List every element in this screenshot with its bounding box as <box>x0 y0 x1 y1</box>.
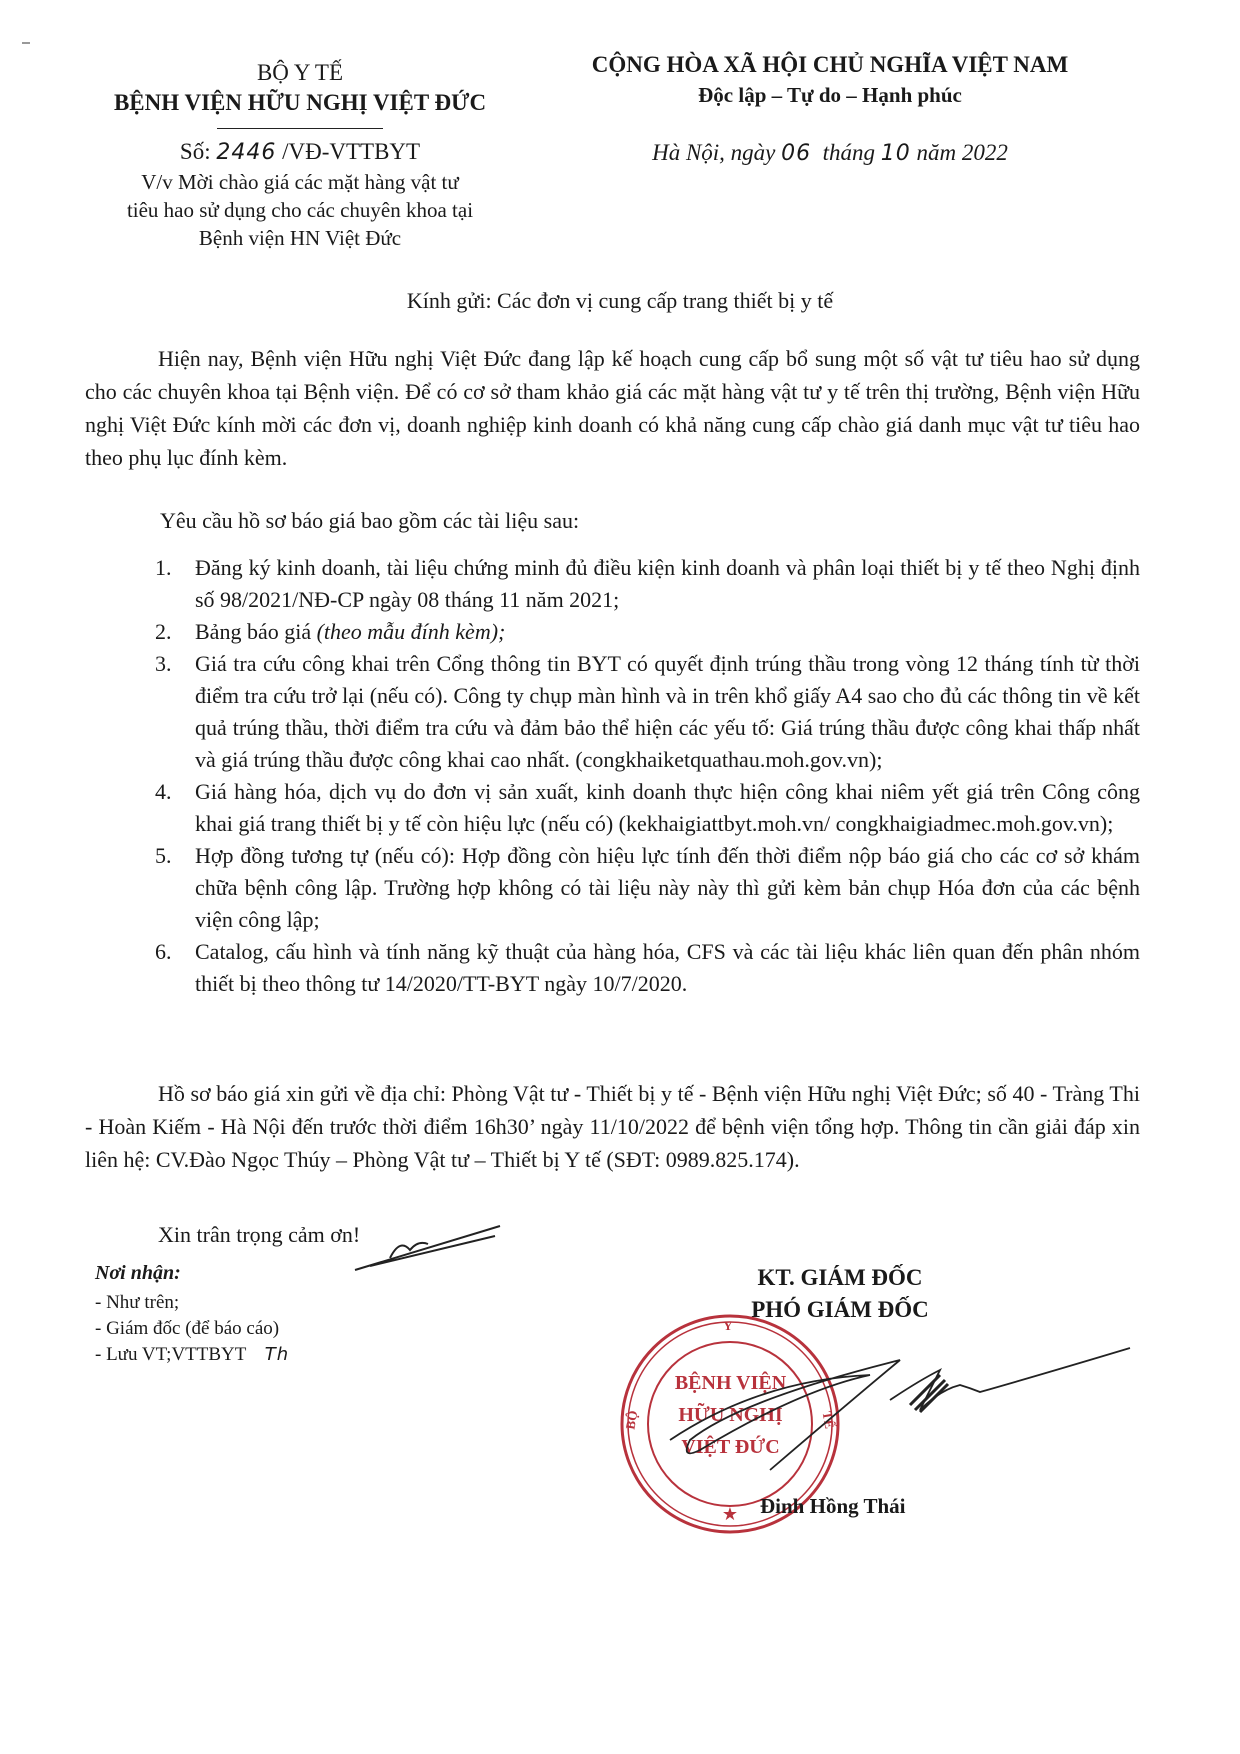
signer-name: Đinh Hồng Thái <box>760 1494 906 1519</box>
subject-line-2: tiêu hao sử dụng cho các chuyên khoa tại <box>60 196 540 224</box>
subject-line-3: Bệnh viện HN Việt Đức <box>60 224 540 252</box>
number-suffix: /VĐ-VTTBYT <box>282 139 420 164</box>
item-number: 2. <box>155 616 172 648</box>
item-number: 4. <box>155 776 172 808</box>
subject-line-1: V/v Mời chào giá các mặt hàng vật tư <box>60 168 540 196</box>
director-signature-icon <box>640 1320 1140 1500</box>
item-text: Bảng báo giá <box>195 619 317 644</box>
requirement-item: 1.Đăng ký kinh doanh, tài liệu chứng min… <box>155 552 1140 616</box>
issuer-block: BỘ Y TẾ BỆNH VIỆN HỮU NGHỊ VIỆT ĐỨC Số: … <box>60 58 540 252</box>
national-motto: Độc lập – Tự do – Hạnh phúc <box>540 80 1120 110</box>
date-day: 06 <box>781 141 811 166</box>
requirement-item: 3.Giá tra cứu công khai trên Cổng thông … <box>155 648 1140 776</box>
clerk-initials: Th <box>265 1344 289 1365</box>
item-number: 5. <box>155 840 172 872</box>
recipients-title: Nơi nhận: <box>95 1262 181 1285</box>
national-header: CỘNG HÒA XÃ HỘI CHỦ NGHĨA VIỆT NAM Độc l… <box>540 50 1120 166</box>
ministry-name: BỘ Y TẾ <box>60 58 540 88</box>
item-text: Catalog, cấu hình và tính năng kỹ thuật … <box>195 939 1140 996</box>
hospital-name: BỆNH VIỆN HỮU NGHỊ VIỆT ĐỨC <box>60 88 540 118</box>
date-place: Hà Nội, ngày <box>652 140 775 165</box>
recipient-item: - Như trên; <box>95 1292 179 1314</box>
country-name: CỘNG HÒA XÃ HỘI CHỦ NGHĨA VIỆT NAM <box>540 50 1120 80</box>
number-label: Số: <box>180 139 211 164</box>
closing-line: Xin trân trọng cảm ơn! <box>158 1222 360 1248</box>
item-number: 3. <box>155 648 172 680</box>
stamp-ring-text: BỘ <box>622 1409 641 1431</box>
item-text: Đăng ký kinh doanh, tài liệu chứng minh … <box>195 555 1140 612</box>
requirements-heading: Yêu cầu hồ sơ báo giá bao gồm các tài li… <box>160 508 579 534</box>
salutation: Kính gửi: Các đơn vị cung cấp trang thiế… <box>0 288 1240 314</box>
item-note: (theo mẫu đính kèm); <box>317 619 506 644</box>
date-year: năm 2022 <box>917 140 1008 165</box>
date-month-label: tháng <box>823 140 875 165</box>
scan-mark <box>22 42 30 44</box>
item-text: Giá hàng hóa, dịch vụ do đơn vị sản xuất… <box>195 779 1140 836</box>
signature-authority: KT. GIÁM ĐỐC <box>690 1262 990 1294</box>
recipient-item: - Giám đốc (để báo cáo) <box>95 1318 279 1340</box>
submission-paragraph: Hồ sơ báo giá xin gửi về địa chỉ: Phòng … <box>85 1077 1140 1176</box>
intro-paragraph: Hiện nay, Bệnh viện Hữu nghị Việt Đức đa… <box>85 342 1140 474</box>
recipient-item: - Lưu VT;VTTBYT Th <box>95 1344 289 1366</box>
date-month: 10 <box>881 141 911 166</box>
item-text: Hợp đồng tương tự (nếu có): Hợp đồng còn… <box>195 843 1140 932</box>
requirements-list: 1.Đăng ký kinh doanh, tài liệu chứng min… <box>155 552 1140 1000</box>
number-handwritten: 2446 <box>216 140 276 165</box>
requirement-item: 5.Hợp đồng tương tự (nếu có): Hợp đồng c… <box>155 840 1140 936</box>
requirement-item: 2.Bảng báo giá (theo mẫu đính kèm); <box>155 616 1140 648</box>
item-number: 1. <box>155 552 172 584</box>
item-text: Giá tra cứu công khai trên Cổng thông ti… <box>195 651 1140 772</box>
requirement-item: 4.Giá hàng hóa, dịch vụ do đơn vị sản xu… <box>155 776 1140 840</box>
document-number: Số: 2446 /VĐ-VTTBYT <box>60 137 540 168</box>
svg-text:★: ★ <box>722 1504 738 1524</box>
recipient-text: - Lưu VT;VTTBYT <box>95 1344 246 1365</box>
issue-date: Hà Nội, ngày 06 tháng 10 năm 2022 <box>540 140 1120 166</box>
requirement-item: 6.Catalog, cấu hình và tính năng kỹ thuậ… <box>155 936 1140 1000</box>
initial-signature-icon <box>350 1218 510 1278</box>
item-number: 6. <box>155 936 172 968</box>
header-divider <box>217 128 383 129</box>
